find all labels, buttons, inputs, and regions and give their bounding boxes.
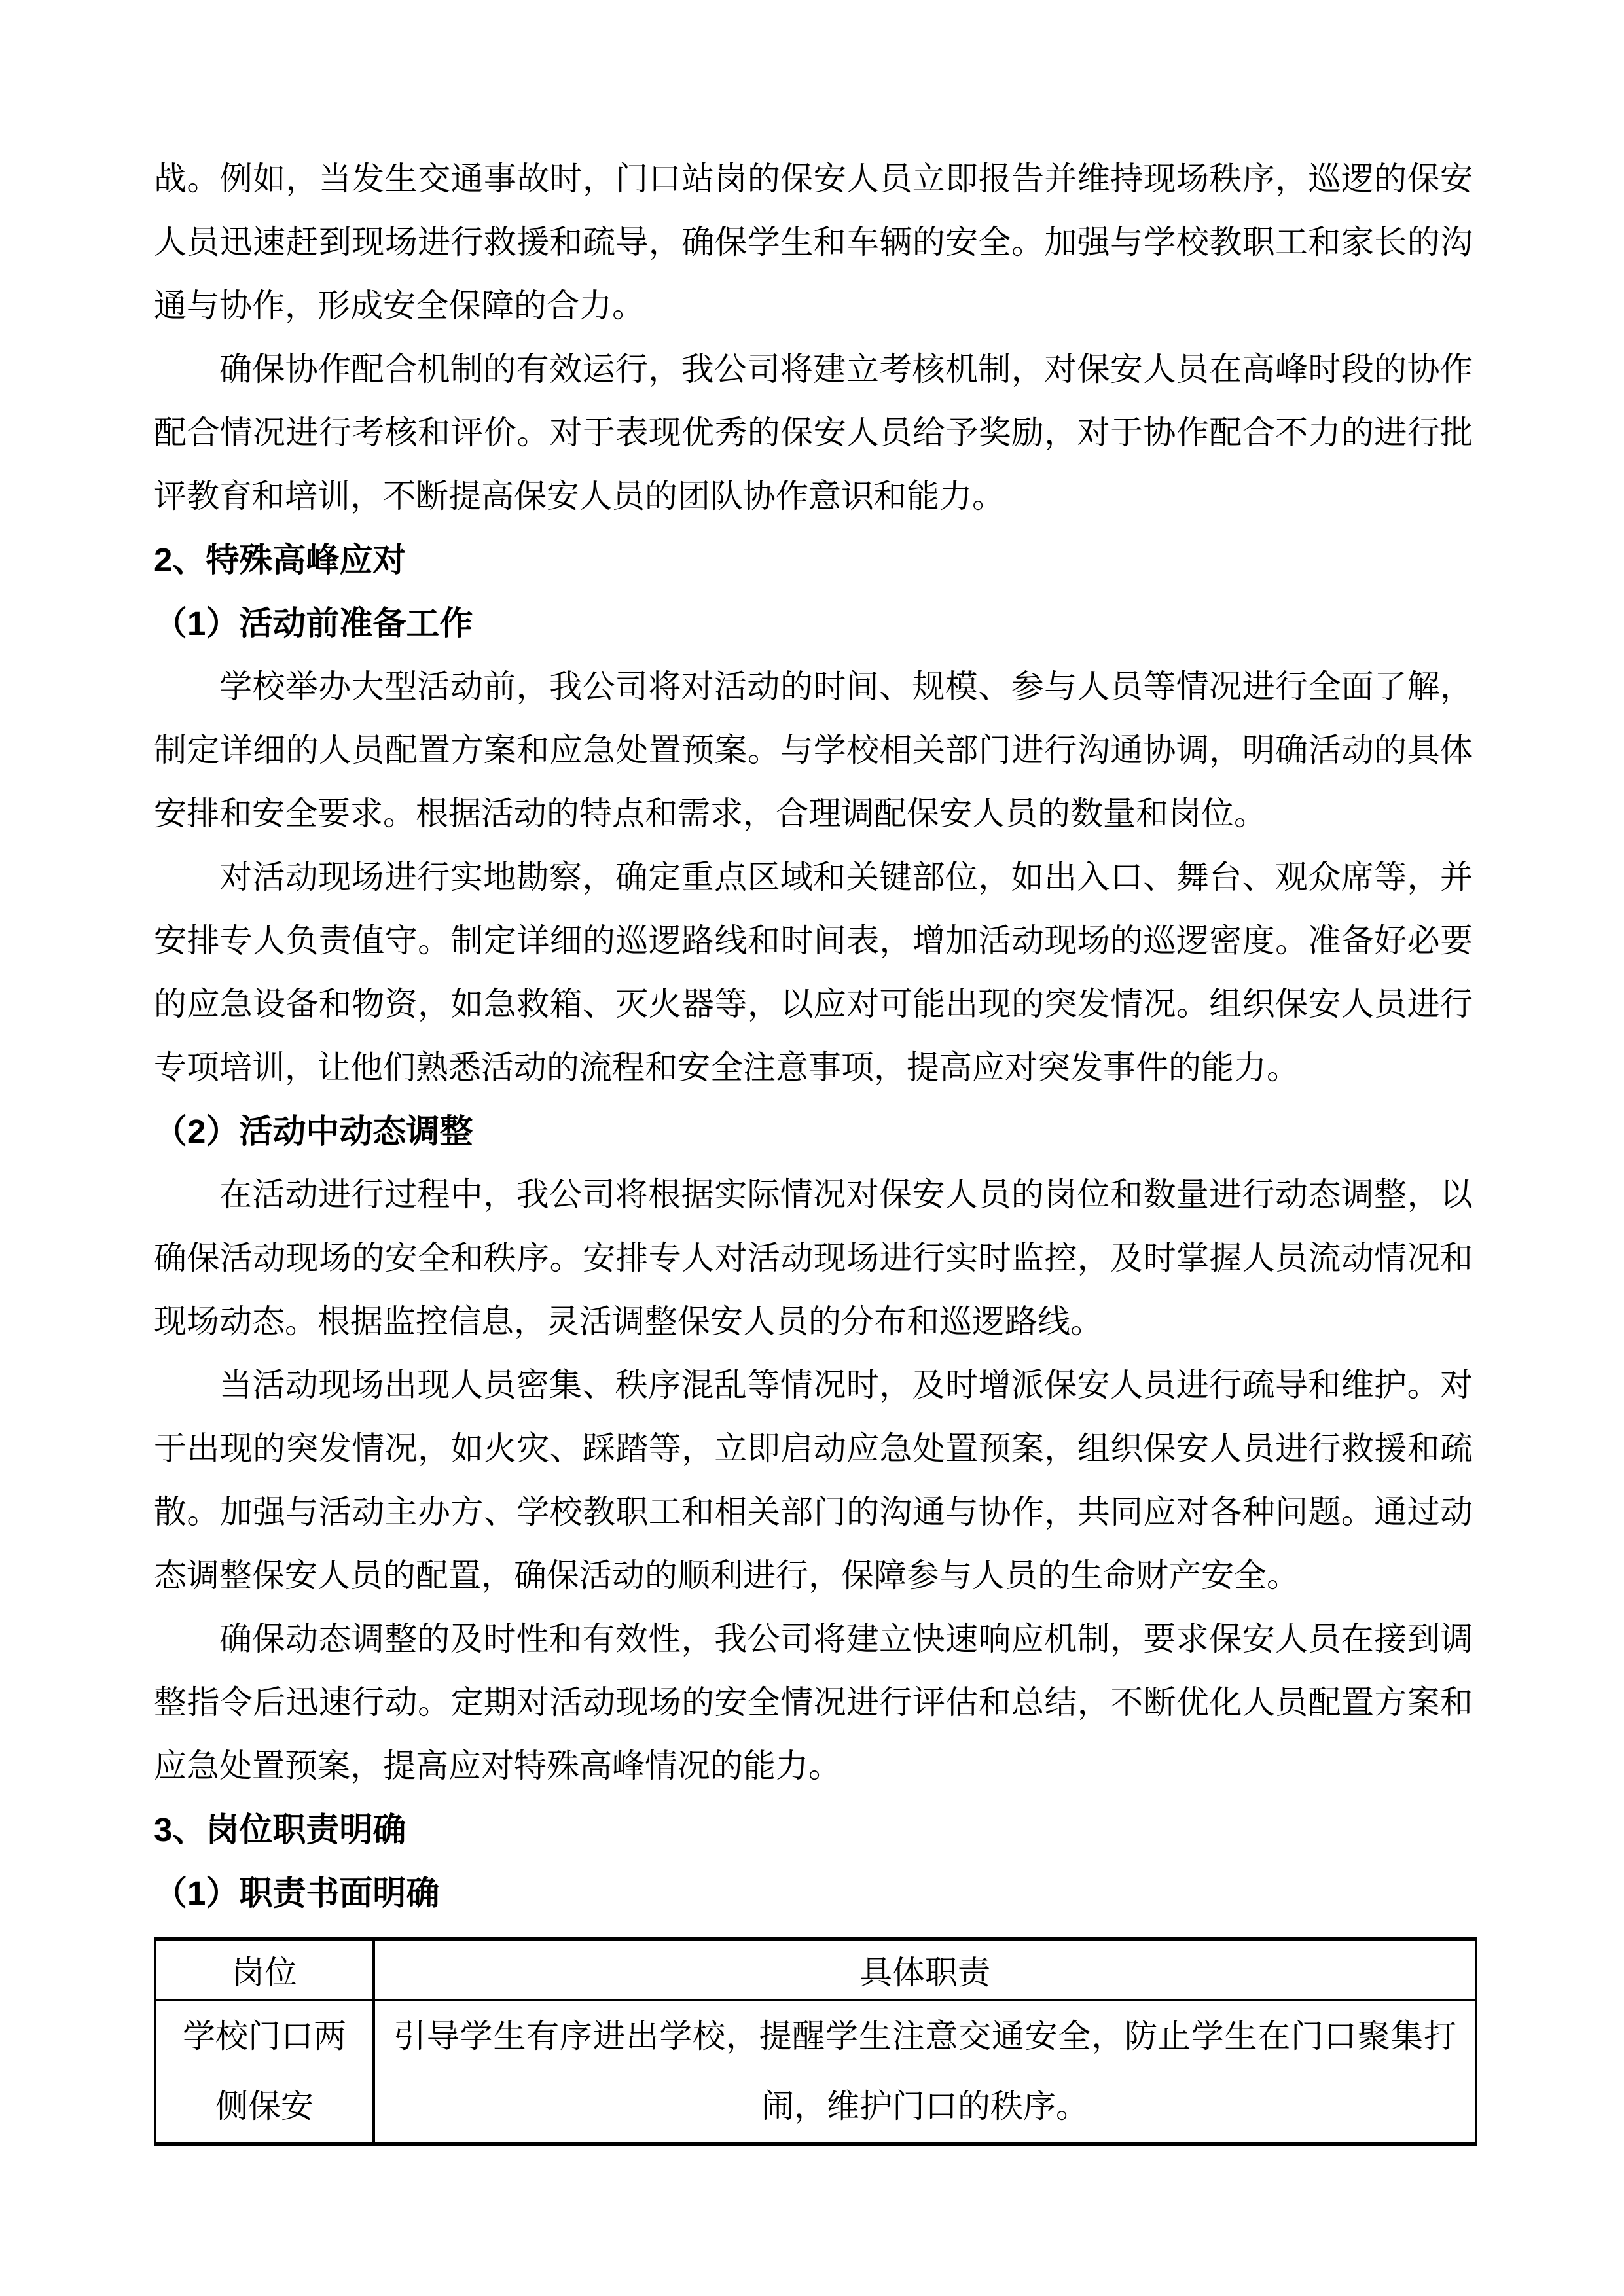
paragraph: 对活动现场进行实地勘察，确定重点区域和关键部位，如出入口、舞台、观众席等，并 安… <box>154 846 1473 1100</box>
duty-table: 岗位 具体职责 学校门口两 侧保安 引导学生有序进出学校，提醒学生注意交通安全，… <box>154 1937 1477 2146</box>
table-cell-line: 学校门口两 <box>156 2001 372 2072</box>
body-line: 人员迅速赶到现场进行救援和疏导，确保学生和车辆的安全。加强与学校教职工和家长的沟 <box>154 211 1473 274</box>
paragraph: 确保动态调整的及时性和有效性，我公司将建立快速响应机制，要求保安人员在接到调 整… <box>154 1607 1473 1798</box>
body-line: 应急处置预案，提高应对特殊高峰情况的能力。 <box>154 1734 1473 1798</box>
body-line: 对活动现场进行实地勘察，确定重点区域和关键部位，如出入口、舞台、观众席等，并 <box>154 846 1473 909</box>
table-cell-line: 闹，维护门口的秩序。 <box>393 2072 1456 2142</box>
table-header-position: 岗位 <box>155 1939 374 2001</box>
paragraph: 在活动进行过程中，我公司将根据实际情况对保安人员的岗位和数量进行动态调整，以 确… <box>154 1163 1473 1354</box>
body-line: 安排专人负责值守。制定详细的巡逻路线和时间表，增加活动现场的巡逻密度。准备好必要 <box>154 909 1473 973</box>
body-line: 专项培训，让他们熟悉活动的流程和安全注意事项，提高应对突发事件的能力。 <box>154 1036 1473 1100</box>
table-cell-line: 引导学生有序进出学校，提醒学生注意交通安全，防止学生在门口聚集打 <box>393 2001 1456 2072</box>
body-line: 确保活动现场的安全和秩序。安排专人对活动现场进行实时监控，及时掌握人员流动情况和 <box>154 1227 1473 1290</box>
document-page: 战。例如，当发生交通事故时，门口站岗的保安人员立即报告并维持现场秩序，巡逻的保安… <box>0 0 1624 2296</box>
paragraph: 战。例如，当发生交通事故时，门口站岗的保安人员立即报告并维持现场秩序，巡逻的保安… <box>154 147 1473 338</box>
body-line: 在活动进行过程中，我公司将根据实际情况对保安人员的岗位和数量进行动态调整，以 <box>154 1163 1473 1227</box>
body-line: 战。例如，当发生交通事故时，门口站岗的保安人员立即报告并维持现场秩序，巡逻的保安 <box>154 147 1473 211</box>
table-cell-duty: 引导学生有序进出学校，提醒学生注意交通安全，防止学生在门口聚集打 闹，维护门口的… <box>374 2000 1476 2144</box>
body-line: 于出现的突发情况，如火灾、踩踏等，立即启动应急处置预案，组织保安人员进行救援和疏 <box>154 1417 1473 1480</box>
body-line: 当活动现场出现人员密集、秩序混乱等情况时，及时增派保安人员进行疏导和维护。对 <box>154 1354 1473 1417</box>
section-heading: 3、岗位职责明确 <box>154 1798 1473 1861</box>
body-line: 配合情况进行考核和评价。对于表现优秀的保安人员给予奖励，对于协作配合不力的进行批 <box>154 401 1473 465</box>
subsection-heading: （1）职责书面明确 <box>154 1861 1473 1925</box>
section-heading: 2、特殊高峰应对 <box>154 528 1473 592</box>
subsection-heading: （2）活动中动态调整 <box>154 1100 1473 1163</box>
body-line: 散。加强与活动主办方、学校教职工和相关部门的沟通与协作，共同应对各种问题。通过动 <box>154 1480 1473 1544</box>
table-header-duty: 具体职责 <box>374 1939 1476 2001</box>
table-header-row: 岗位 具体职责 <box>155 1939 1476 2001</box>
body-line: 确保协作配合机制的有效运行，我公司将建立考核机制，对保安人员在高峰时段的协作 <box>154 338 1473 401</box>
body-line: 的应急设备和物资，如急救箱、灭火器等，以应对可能出现的突发情况。组织保安人员进行 <box>154 973 1473 1036</box>
body-line: 态调整保安人员的配置，确保活动的顺利进行，保障参与人员的生命财产安全。 <box>154 1544 1473 1607</box>
body-line: 通与协作，形成安全保障的合力。 <box>154 274 1473 338</box>
paragraph: 确保协作配合机制的有效运行，我公司将建立考核机制，对保安人员在高峰时段的协作 配… <box>154 338 1473 528</box>
body-line: 评教育和培训，不断提高保安人员的团队协作意识和能力。 <box>154 465 1473 528</box>
body-line: 学校举办大型活动前，我公司将对活动的时间、规模、参与人员等情况进行全面了解， <box>154 655 1473 719</box>
body-line: 现场动态。根据监控信息，灵活调整保安人员的分布和巡逻路线。 <box>154 1290 1473 1354</box>
body-line: 整指令后迅速行动。定期对活动现场的安全情况进行评估和总结，不断优化人员配置方案和 <box>154 1671 1473 1734</box>
table-cell-line: 侧保安 <box>156 2072 372 2142</box>
paragraph: 学校举办大型活动前，我公司将对活动的时间、规模、参与人员等情况进行全面了解， 制… <box>154 655 1473 846</box>
paragraph: 当活动现场出现人员密集、秩序混乱等情况时，及时增派保安人员进行疏导和维护。对 于… <box>154 1354 1473 1607</box>
subsection-heading: （1）活动前准备工作 <box>154 592 1473 655</box>
body-line: 安排和安全要求。根据活动的特点和需求，合理调配保安人员的数量和岗位。 <box>154 782 1473 846</box>
table-cell-position: 学校门口两 侧保安 <box>155 2000 374 2144</box>
table-row: 学校门口两 侧保安 引导学生有序进出学校，提醒学生注意交通安全，防止学生在门口聚… <box>155 2000 1476 2144</box>
document-content: 战。例如，当发生交通事故时，门口站岗的保安人员立即报告并维持现场秩序，巡逻的保安… <box>154 147 1473 2146</box>
body-line: 确保动态调整的及时性和有效性，我公司将建立快速响应机制，要求保安人员在接到调 <box>154 1607 1473 1671</box>
body-line: 制定详细的人员配置方案和应急处置预案。与学校相关部门进行沟通协调，明确活动的具体 <box>154 719 1473 782</box>
